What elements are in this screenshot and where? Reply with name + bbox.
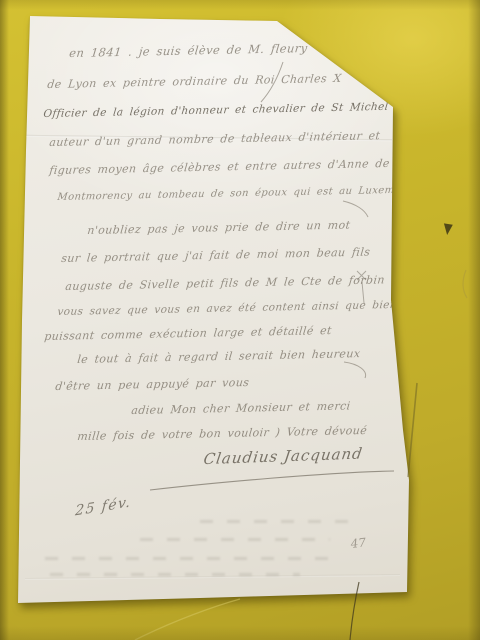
letter-line-13: d'être un peu appuyé par vous <box>55 376 250 393</box>
letter-line-5: figures moyen âge célèbres et entre autr… <box>49 157 391 177</box>
letter-line-11: puissant comme exécution large et détail… <box>44 324 333 343</box>
pencil-annotation-47: 47 <box>350 535 367 551</box>
bleed-through-text <box>45 557 335 560</box>
bleed-through-text <box>50 573 300 576</box>
letter-line-14: adieu Mon cher Monsieur et merci <box>131 399 352 417</box>
photograph-of-letter: en 1841 . je suis élève de M. fleury de … <box>0 0 480 640</box>
letter-line-8: sur le portrait que j'ai fait de moi mon… <box>61 246 371 266</box>
signature: Claudius Jacquand <box>202 444 364 468</box>
letter-line-6: Montmorency au tombeau de son époux qui … <box>57 184 427 203</box>
letter-line-9: auguste de Sivelle petit fils de M le Ct… <box>65 273 386 293</box>
letter-line-10: vous savez que vous en avez été content … <box>57 299 398 318</box>
letter-paper: en 1841 . je suis élève de M. fleury de … <box>0 0 480 640</box>
letter-line-3: Officier de la légion d'honneur et cheva… <box>43 101 389 120</box>
date-annotation: 25 fév. <box>75 494 133 519</box>
paper-fold-crease <box>25 574 400 580</box>
letter-line-4: auteur d'un grand nombre de tableaux d'i… <box>49 129 381 149</box>
bleed-through-text <box>140 538 330 541</box>
letter-line-15: mille fois de votre bon vouloir ) Votre … <box>77 424 368 443</box>
paper-shadow: en 1841 . je suis élève de M. fleury de … <box>0 0 480 640</box>
letter-line-7: n'oubliez pas je vous prie de dire un mo… <box>87 218 351 237</box>
letter-line-12: le tout à fait à regard il serait bien h… <box>77 347 361 366</box>
triangle-mark <box>442 223 453 235</box>
letter-line-1: en 1841 . je suis élève de M. fleury <box>69 41 309 60</box>
bleed-through-text <box>200 520 360 523</box>
letter-line-2: de Lyon ex peintre ordinaire du Roi Char… <box>47 72 343 91</box>
